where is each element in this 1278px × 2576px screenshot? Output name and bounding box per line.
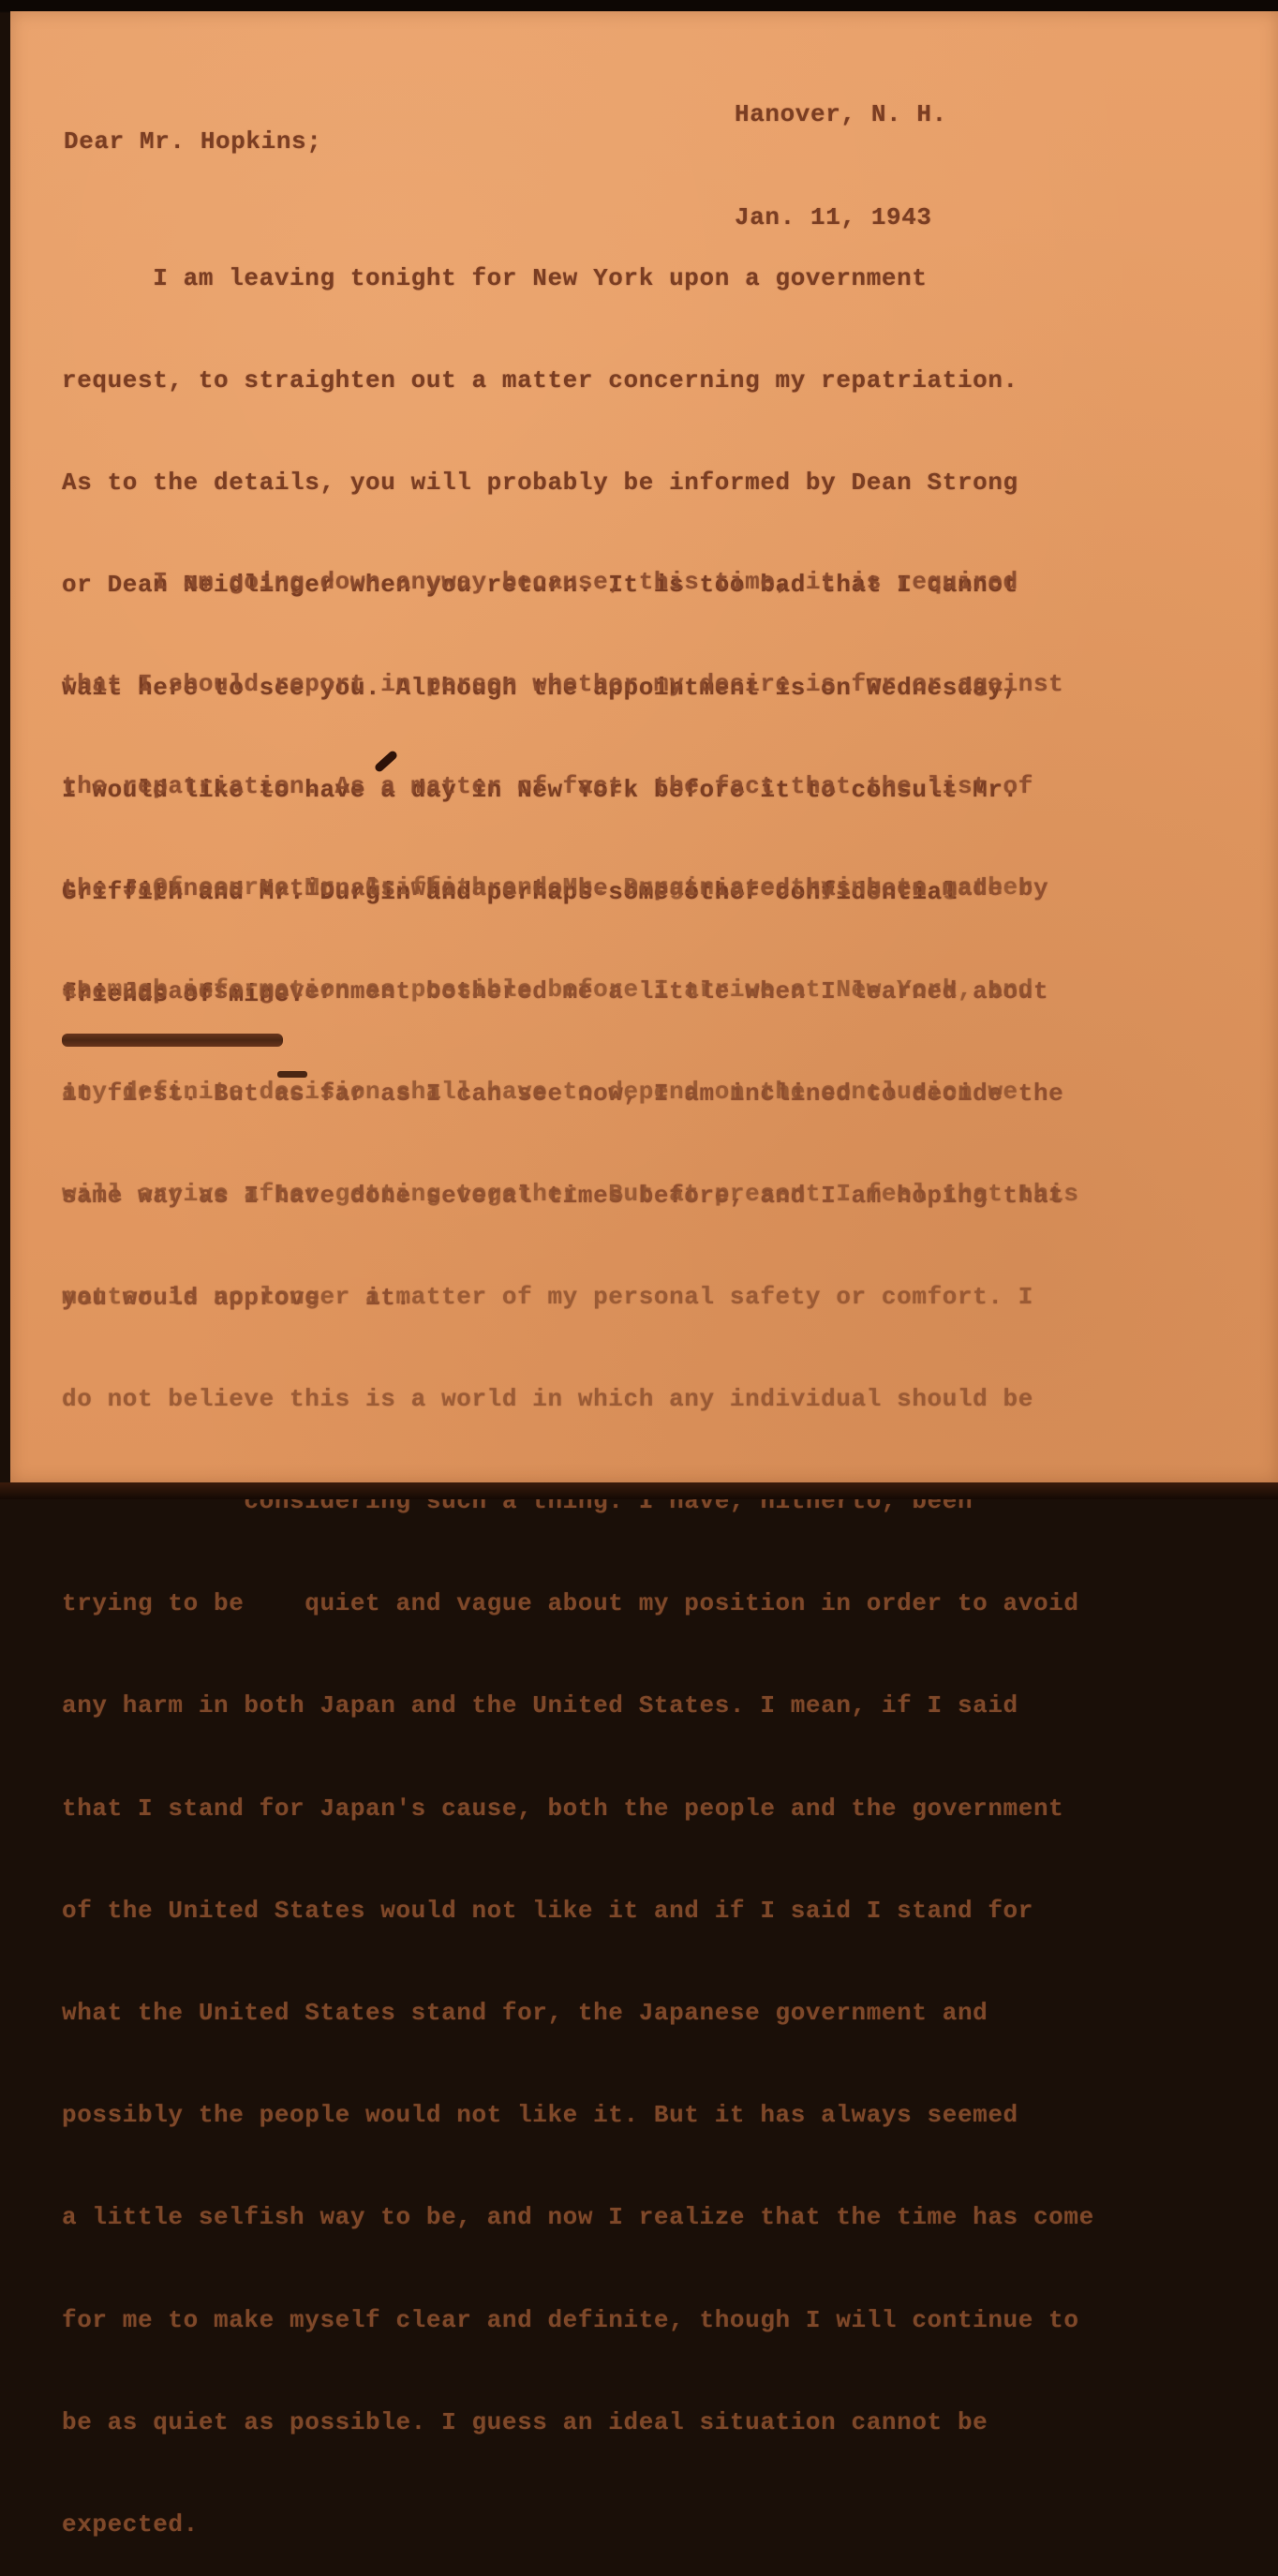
overstrike-mark [277, 1071, 307, 1078]
paragraph-line: any definite decision shall have to depe… [62, 1075, 1094, 1109]
salutation: Dear Mr. Hopkins; [64, 127, 321, 156]
paragraph-line: will arrive after getting together. But … [62, 1177, 1094, 1211]
paragraph-line: do not believe this is a world in which … [62, 1382, 1094, 1416]
paragraph-line: request, to straighten out a matter conc… [62, 364, 1018, 397]
paragraph-line: Of course Mr. Griffith and Mr. Durgin ar… [62, 871, 1094, 904]
photo-bottom-edge [0, 1482, 1278, 1499]
paragraph-line: As to the details, you will probably be … [62, 466, 1018, 499]
paragraph-3: Of course Mr. Griffith and Mr. Durgin ar… [62, 802, 1094, 1499]
strikethrough-mark [62, 1034, 283, 1047]
paragraph-line: that I should report in person whether m… [62, 667, 1063, 701]
paragraph-line: I am going down anyway because, this tim… [62, 565, 1063, 599]
paragraph-line: I am leaving tonight for New York upon a… [62, 261, 1018, 295]
paragraph-line: the repatriation. As a matter of fact, t… [62, 769, 1063, 803]
paragraph-line: as much information as possible before I… [62, 973, 1094, 1006]
heading-place: Hanover, N. H. [735, 97, 947, 131]
paragraph-line: matter is no longer a matter of my perso… [62, 1280, 1094, 1314]
